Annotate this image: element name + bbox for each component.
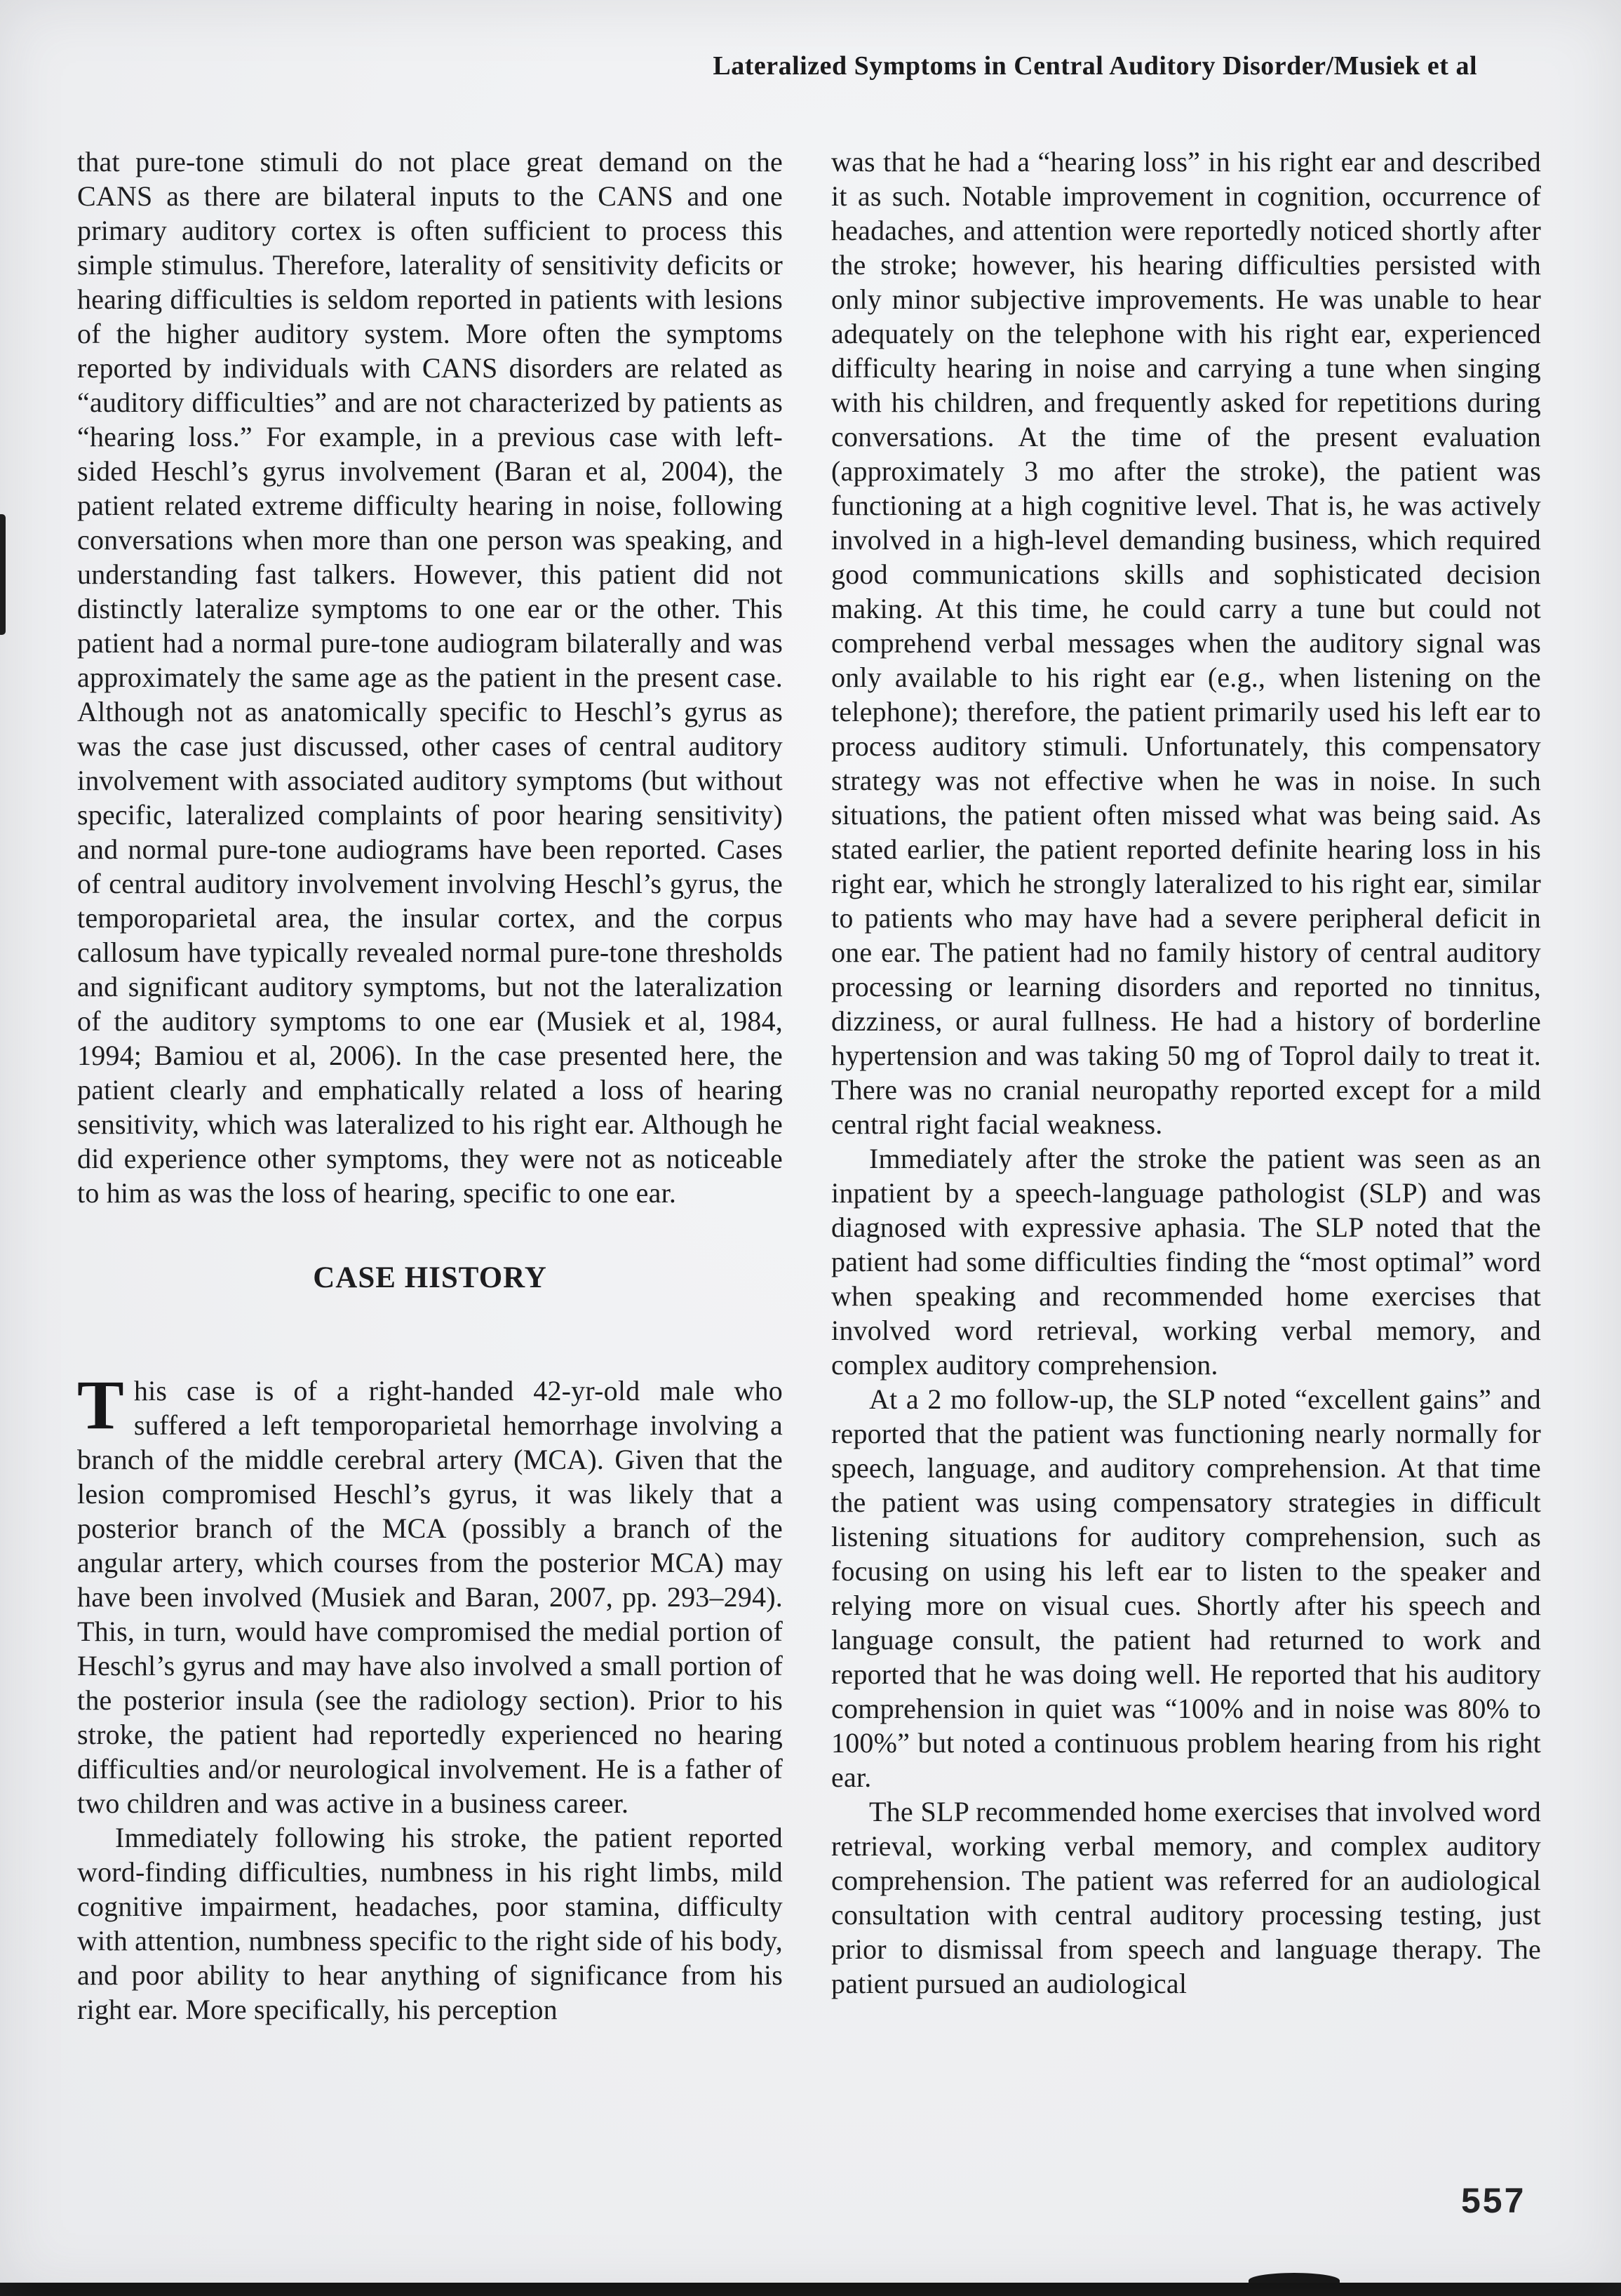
drop-cap: T [77, 1374, 134, 1434]
running-header: Lateralized Symptoms in Central Auditory… [355, 51, 1477, 81]
right-paragraph-slp-inpatient: Immediately after the stroke the patient… [831, 1141, 1541, 1382]
left-paragraph-continuation: that pure-tone stimuli do not place grea… [77, 145, 783, 1210]
page-number: 557 [1461, 2180, 1526, 2221]
section-heading-case-history: CASE HISTORY [77, 1261, 783, 1295]
scan-artifact-bottom-bar [0, 2283, 1621, 2296]
right-paragraph-continuation: was that he had a “hearing loss” in his … [831, 145, 1541, 1141]
case-history-opening-text: his case is of a right-handed 42-yr-old … [77, 1375, 783, 1819]
case-history-opening-paragraph: This case is of a right-handed 42-yr-old… [77, 1374, 783, 1820]
left-column: that pure-tone stimuli do not place grea… [77, 145, 783, 2027]
right-column: was that he had a “hearing loss” in his … [831, 145, 1541, 2001]
scan-artifact-left-edge-mark [0, 514, 6, 635]
left-paragraph-stroke-symptoms: Immediately following his stroke, the pa… [77, 1820, 783, 2027]
right-paragraph-referral: The SLP recommended home exercises that … [831, 1794, 1541, 2001]
scanned-journal-page: { "colors": { "paper": "#f0f1f3", "ink":… [0, 0, 1621, 2296]
right-paragraph-follow-up: At a 2 mo follow-up, the SLP noted “exce… [831, 1382, 1541, 1794]
